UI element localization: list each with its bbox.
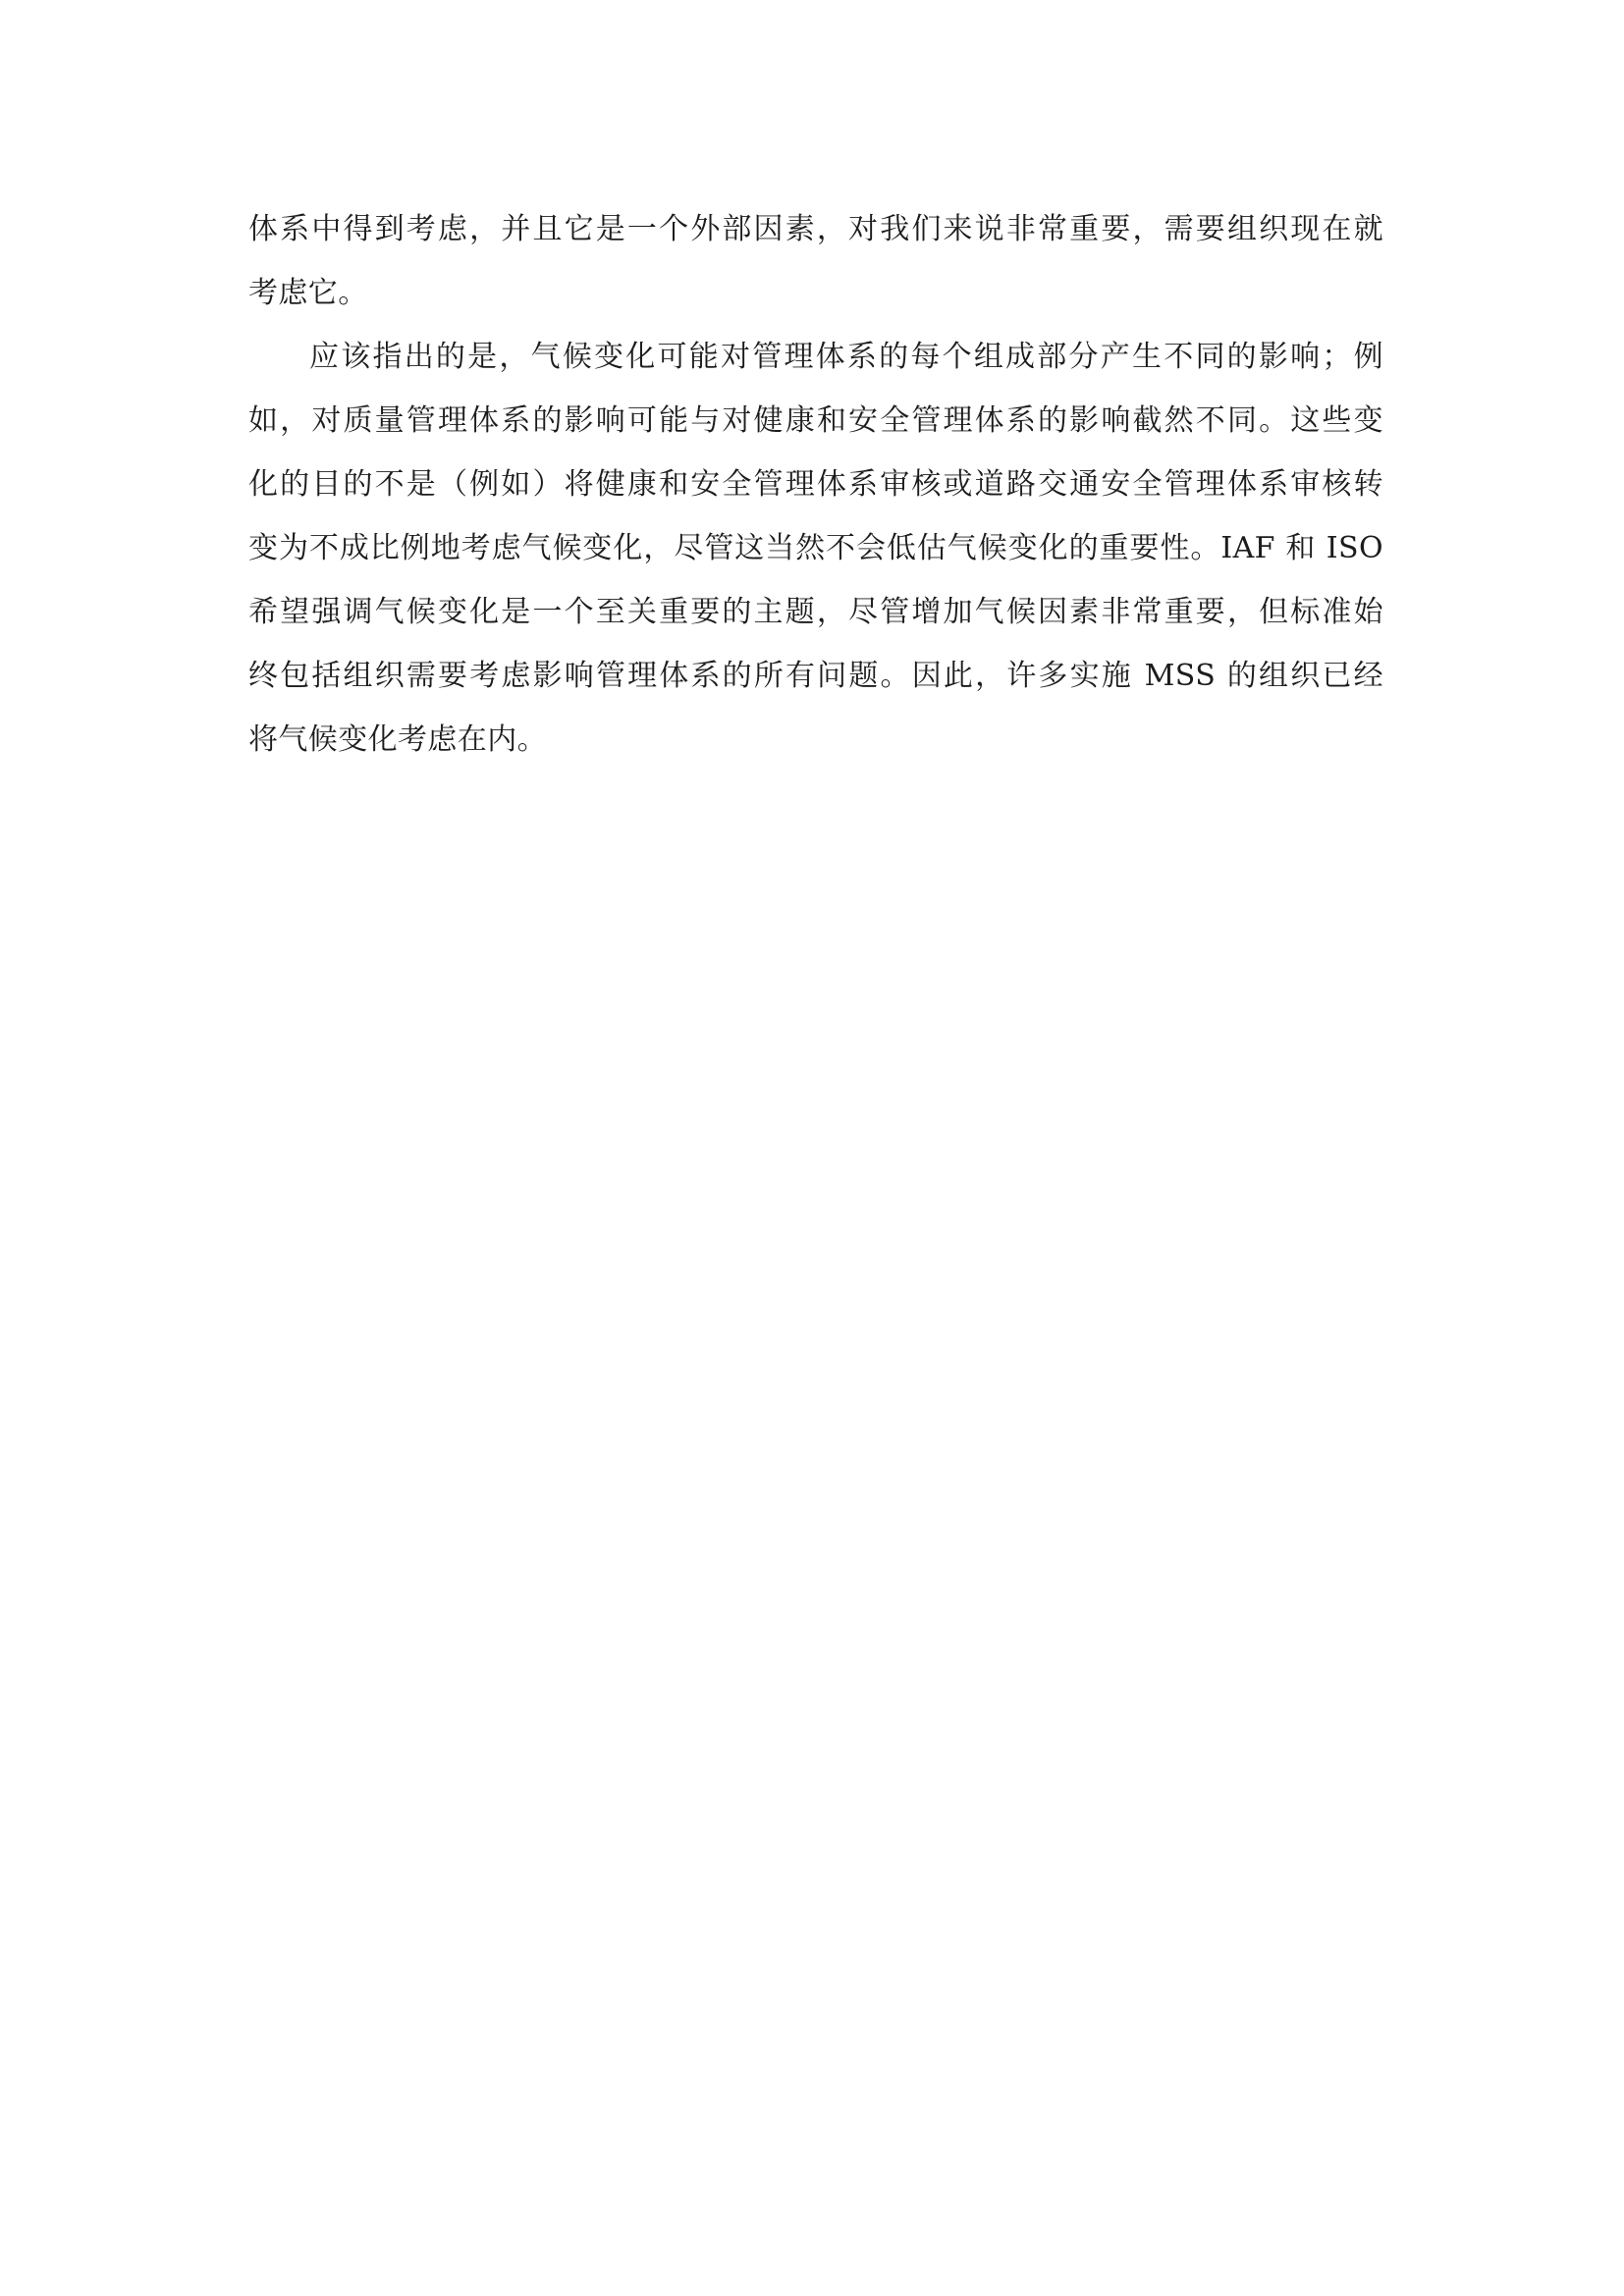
text-line: 变为不成比例地考虑气候变化，尽管这当然不会低估气候变化的重要性。IAF 和 IS… [248, 516, 1383, 580]
text-line: 希望强调气候变化是一个至关重要的主题，尽管增加气候因素非常重要，但标准始 [248, 580, 1383, 644]
paragraph-climate-change-note: 应该指出的是，气候变化可能对管理体系的每个组成部分产生不同的影响；例 如，对质量… [248, 325, 1383, 772]
text-line: 体系中得到考虑，并且它是一个外部因素，对我们来说非常重要，需要组织现在就 [248, 197, 1383, 261]
text-line: 考虑它。 [248, 261, 1383, 325]
text-line: 如，对质量管理体系的影响可能与对健康和安全管理体系的影响截然不同。这些变 [248, 389, 1383, 453]
text-line: 应该指出的是，气候变化可能对管理体系的每个组成部分产生不同的影响；例 [248, 325, 1383, 389]
document-page: 体系中得到考虑，并且它是一个外部因素，对我们来说非常重要，需要组织现在就 考虑它… [0, 0, 1624, 2296]
paragraph-continuation: 体系中得到考虑，并且它是一个外部因素，对我们来说非常重要，需要组织现在就 考虑它… [248, 197, 1383, 325]
body-text: 体系中得到考虑，并且它是一个外部因素，对我们来说非常重要，需要组织现在就 考虑它… [248, 197, 1383, 772]
text-line: 终包括组织需要考虑影响管理体系的所有问题。因此，许多实施 MSS 的组织已经 [248, 644, 1383, 708]
text-line: 化的目的不是（例如）将健康和安全管理体系审核或道路交通安全管理体系审核转 [248, 453, 1383, 516]
text-line: 将气候变化考虑在内。 [248, 708, 1383, 772]
